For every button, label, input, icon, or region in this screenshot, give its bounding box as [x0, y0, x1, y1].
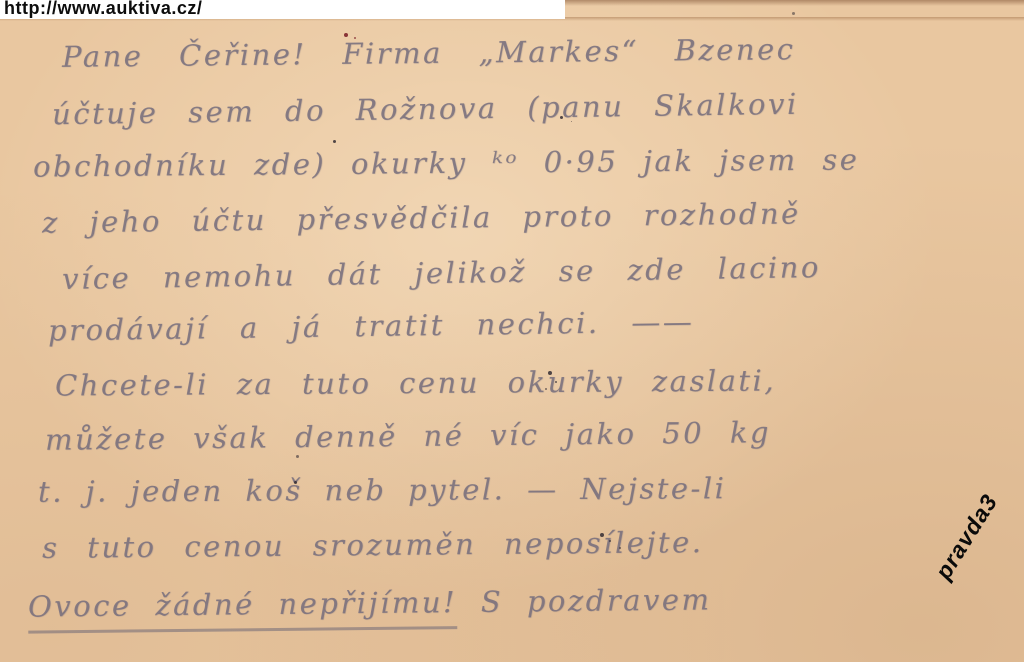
paper-top-right-edge — [565, 0, 1024, 6]
handwritten-line-4: z jeho účtu přesvědčila proto rozhodně — [42, 196, 801, 239]
source-url-watermark: http://www.auktiva.cz/ — [4, 0, 202, 19]
handwritten-line-8: můžete však denně né víc jako 50 kg — [45, 415, 771, 457]
handwritten-line-10: s tuto cenou srozuměn neposílejte. — [42, 525, 704, 565]
ink-speck — [600, 533, 604, 537]
handwritten-line-5: více nemohu dát jelikož se zde lacino — [62, 250, 821, 296]
ink-speck — [296, 455, 299, 458]
ink-speck — [294, 481, 297, 484]
signoff-rest-text: S pozdravem — [481, 582, 712, 618]
ink-speck — [333, 140, 336, 143]
ink-speck — [792, 12, 795, 15]
handwritten-line-1: Pane Čeřine! Firma „Markes“ Bzenec — [62, 32, 796, 74]
handwritten-line-6: prodávají a já tratit nechci. —— — [48, 304, 695, 347]
handwritten-signoff-line: Ovoce žádné nepřijímu! S pozdravem — [28, 582, 712, 623]
ink-speck — [548, 371, 552, 375]
signoff-underlined-text: Ovoce žádné nepřijímu! — [28, 585, 458, 633]
handwritten-line-9: t. j. jeden koš neb pytel. — Nejste-li — [38, 471, 726, 509]
ink-speck-red — [344, 33, 348, 37]
scanned-postcard: http://www.auktiva.cz/ Pane Čeřine! Firm… — [0, 0, 1024, 662]
handwritten-line-3: obchodníku zde) okurky ᵏᵒ 0·95 jak jsem … — [33, 142, 860, 183]
handwritten-line-7: Chcete-li za tuto cenu okurky zaslati, — [55, 363, 776, 402]
ink-speck — [560, 116, 563, 119]
seller-tag-watermark: pravda3 — [930, 468, 1016, 584]
handwritten-line-2: účtuje sem do Rožnova (panu Skalkovi — [52, 87, 799, 131]
